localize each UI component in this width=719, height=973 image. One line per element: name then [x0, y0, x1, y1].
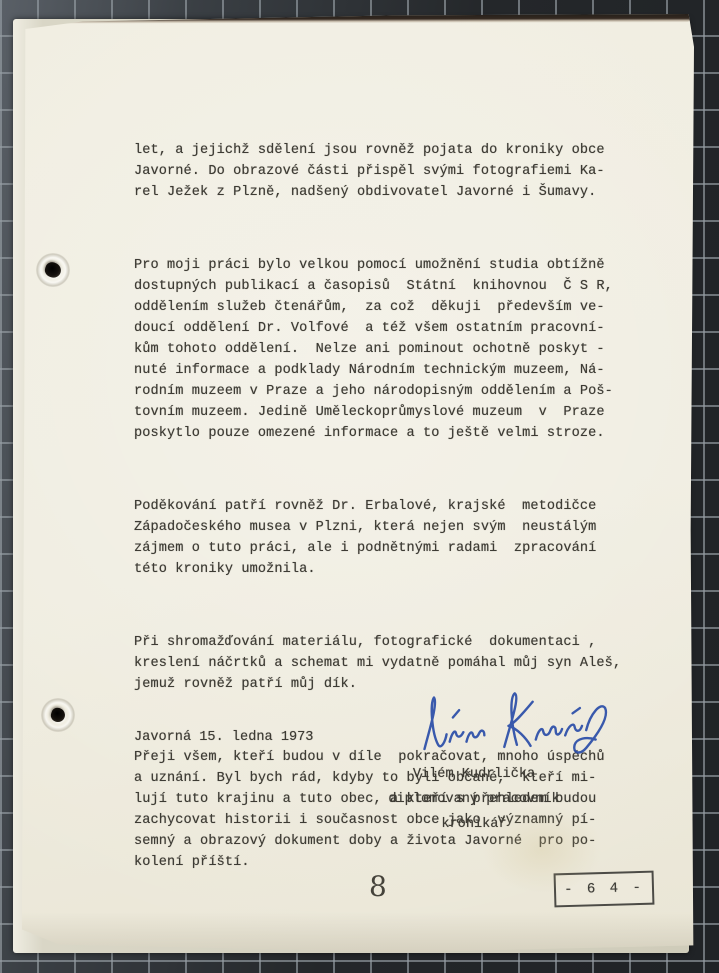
punch-hole-top	[52, 269, 53, 270]
paper-stain	[482, 804, 602, 894]
signer-title: diplomovaný pracovník	[344, 792, 604, 807]
document-page: let, a jejichž sdělení jsou rovněž pojat…	[22, 14, 694, 952]
paragraph-acknowledgement-photos: let, a jejichž sdělení jsou rovněž pojat…	[134, 140, 626, 203]
signer-typed-name: Vilém Kudrlička	[344, 767, 604, 782]
page-number: 8	[357, 869, 398, 903]
paragraph-library-museums: Pro moji práci bylo velkou pomocí umožně…	[134, 255, 626, 444]
photo-background: let, a jejichž sdělení jsou rovněž pojat…	[0, 0, 719, 973]
handwritten-signature	[414, 686, 624, 770]
paragraph-dr-erbalova: Poděkování patří rovněž Dr. Erbalové, kr…	[134, 496, 626, 580]
date-place-line: Javorná 15. ledna 1973	[134, 730, 313, 745]
punch-hole-bottom	[57, 714, 58, 715]
